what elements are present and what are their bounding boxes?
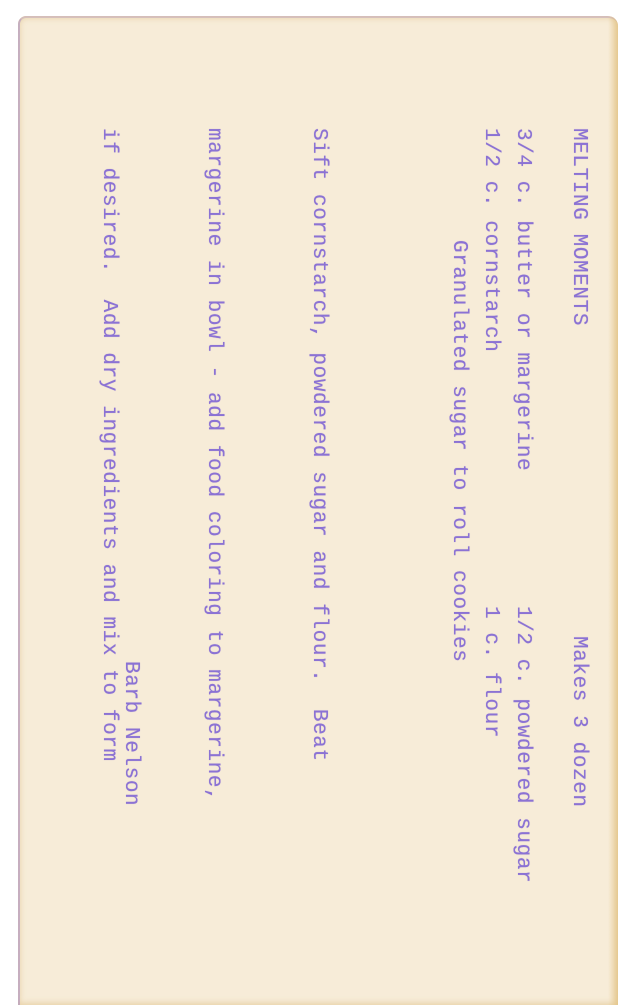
ingredient-flour: 1 c. flour [473,606,508,738]
recipe-title: MELTING MOMENTS [561,128,596,326]
ingredient-cornstarch: 1/2 c. cornstarch [473,128,508,352]
recipe-yield: Makes 3 dozen [561,636,596,808]
direction-line: margerine in bowl - add food coloring to… [196,128,231,801]
ingredient-powdered-sugar: 1/2 c. powdered sugar [505,606,540,883]
direction-line: Sift cornstarch, powdered sugar and flou… [301,128,336,801]
direction-line: a soft dough. Divide dough in 1 inch bal… [18,128,21,801]
recipe-directions: Sift cornstarch, powdered sugar and flou… [18,128,406,801]
recipe-signature: Barb Nelson [113,661,148,806]
ingredient-butter: 3/4 c. butter or margerine [505,128,540,471]
ingredient-granulated-sugar: Granulated sugar to roll cookies [441,240,476,662]
recipe-card: MELTING MOMENTS Makes 3 dozen 3/4 c. but… [18,16,618,1005]
recipe-text-rotated: MELTING MOMENTS Makes 3 dozen 3/4 c. but… [18,16,618,1005]
